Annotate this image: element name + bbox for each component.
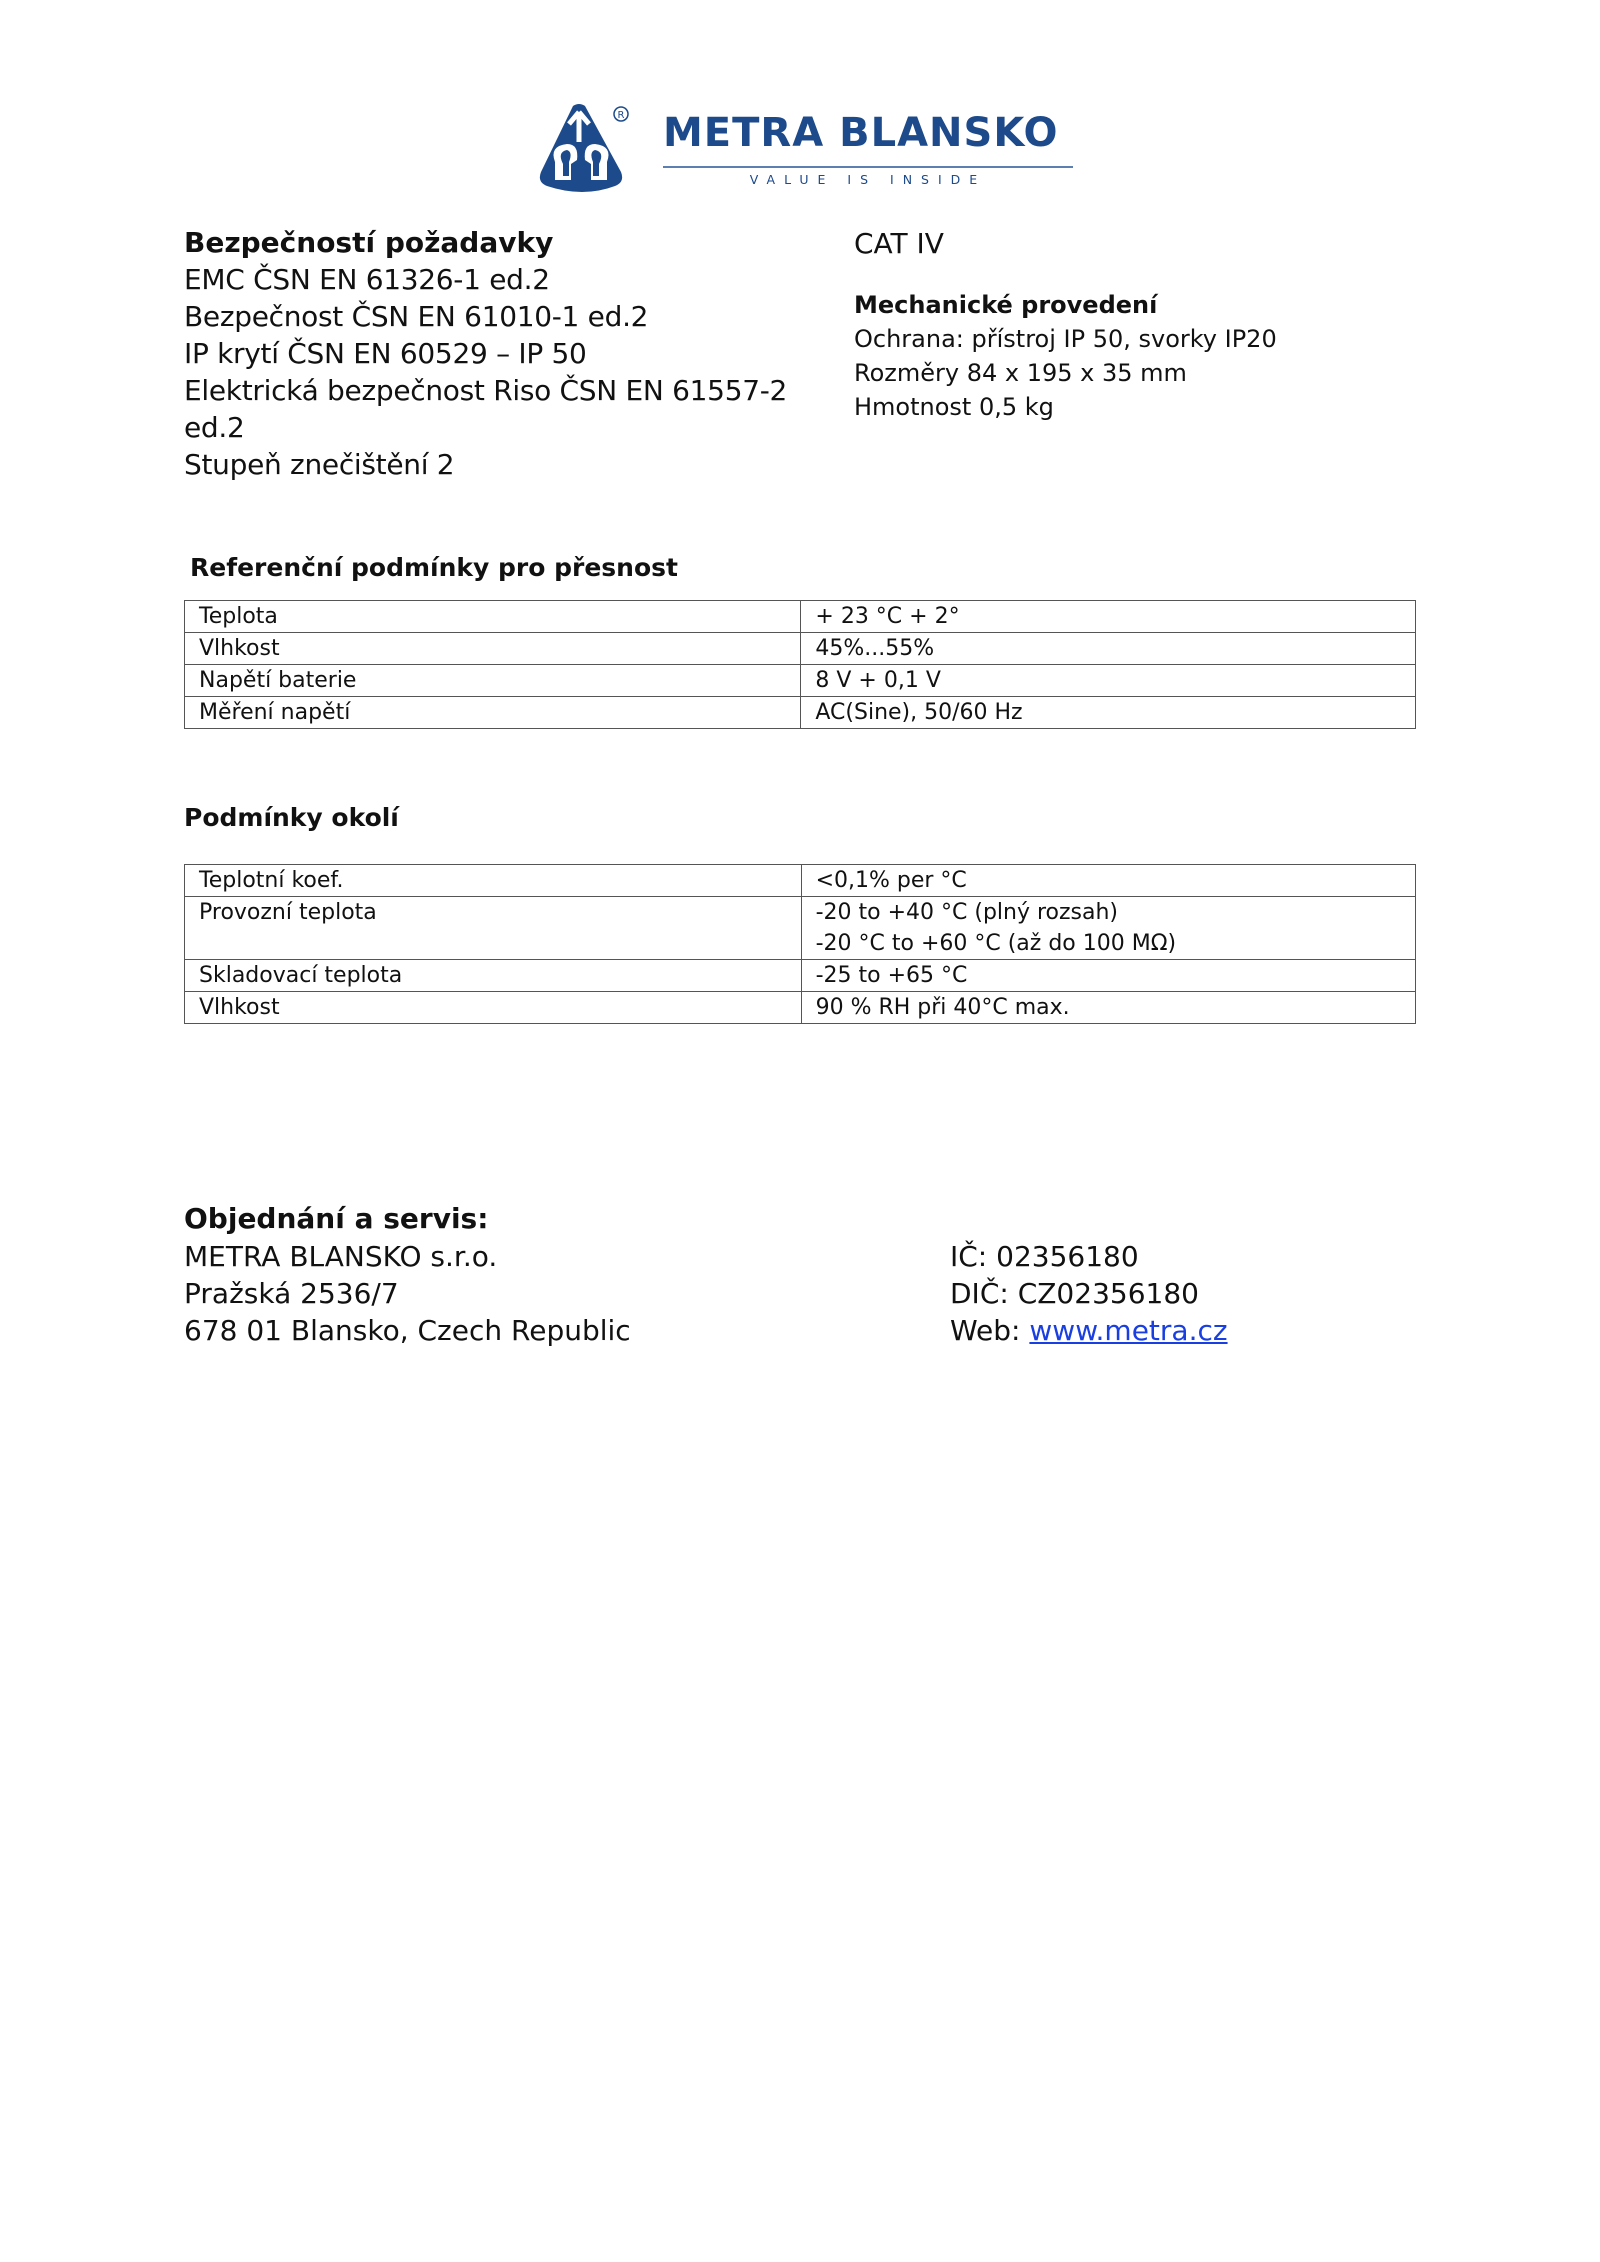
table-row: Teplota + 23 °C + 2° bbox=[185, 601, 1416, 633]
city: 678 01 Blansko, Czech Republic bbox=[184, 1312, 631, 1349]
row-label: Teplota bbox=[185, 601, 801, 633]
safety-requirements: Bezpečností požadavky EMC ČSN EN 61326-1… bbox=[184, 224, 844, 483]
mechanical-line: Rozměry 84 x 195 x 35 mm bbox=[854, 356, 1414, 390]
web-label: Web: bbox=[950, 1314, 1029, 1347]
mechanical-line: Hmotnost 0,5 kg bbox=[854, 390, 1414, 424]
row-label: Skladovací teplota bbox=[185, 960, 802, 992]
row-value: <0,1% per °C bbox=[801, 865, 1415, 897]
website-link[interactable]: www.metra.cz bbox=[1029, 1314, 1227, 1347]
safety-line: Stupeň znečištění 2 bbox=[184, 446, 844, 483]
row-label: Vlhkost bbox=[185, 992, 802, 1024]
metra-emblem-icon: R bbox=[535, 102, 631, 198]
reference-conditions-title: Referenční podmínky pro přesnost bbox=[190, 553, 678, 582]
logo-divider bbox=[663, 166, 1073, 168]
safety-line: Elektrická bezpečnost Riso ČSN EN 61557-… bbox=[184, 372, 834, 446]
row-value: 90 % RH při 40°C max. bbox=[801, 992, 1415, 1024]
safety-line: IP krytí ČSN EN 60529 – IP 50 bbox=[184, 335, 844, 372]
company-address: METRA BLANSKO s.r.o. Pražská 2536/7 678 … bbox=[184, 1238, 631, 1349]
brand-tagline: VALUE IS INSIDE bbox=[663, 172, 1073, 187]
brand-name: METRA BLANSKO bbox=[663, 110, 1059, 156]
row-label: Teplotní koef. bbox=[185, 865, 802, 897]
mechanical-section: CAT IV Mechanické provedení Ochrana: pří… bbox=[854, 224, 1414, 424]
ordering-title: Objednání a servis: bbox=[184, 1200, 488, 1237]
row-label: Vlhkost bbox=[185, 633, 801, 665]
environment-conditions-title: Podmínky okolí bbox=[184, 803, 399, 832]
company-name: METRA BLANSKO s.r.o. bbox=[184, 1238, 631, 1275]
reference-conditions-table: Teplota + 23 °C + 2° Vlhkost 45%...55% N… bbox=[184, 600, 1416, 729]
environment-conditions-table: Teplotní koef. <0,1% per °C Provozní tep… bbox=[184, 864, 1416, 1024]
company-ic: IČ: 02356180 bbox=[950, 1238, 1228, 1275]
row-value: 45%...55% bbox=[801, 633, 1416, 665]
row-value: 8 V + 0,1 V bbox=[801, 665, 1416, 697]
table-row: Vlhkost 90 % RH při 40°C max. bbox=[185, 992, 1416, 1024]
mechanical-line: Ochrana: přístroj IP 50, svorky IP20 bbox=[854, 322, 1414, 356]
safety-line: Bezpečnost ČSN EN 61010-1 ed.2 bbox=[184, 298, 844, 335]
row-value-line: -20 °C to +60 °C (až do 100 MΩ) bbox=[816, 928, 1401, 959]
row-value-line: -20 to +40 °C (plný rozsah) bbox=[816, 897, 1401, 928]
svg-text:R: R bbox=[618, 110, 625, 121]
row-value: AC(Sine), 50/60 Hz bbox=[801, 697, 1416, 729]
company-logo: R METRA BLANSKO VALUE IS INSIDE bbox=[535, 102, 1075, 198]
row-value: + 23 °C + 2° bbox=[801, 601, 1416, 633]
row-value: -25 to +65 °C bbox=[801, 960, 1415, 992]
row-label: Provozní teplota bbox=[185, 897, 802, 960]
table-row: Teplotní koef. <0,1% per °C bbox=[185, 865, 1416, 897]
safety-title: Bezpečností požadavky bbox=[184, 224, 844, 261]
table-row: Skladovací teplota -25 to +65 °C bbox=[185, 960, 1416, 992]
table-row: Měření napětí AC(Sine), 50/60 Hz bbox=[185, 697, 1416, 729]
table-row: Vlhkost 45%...55% bbox=[185, 633, 1416, 665]
web-line: Web: www.metra.cz bbox=[950, 1312, 1228, 1349]
street: Pražská 2536/7 bbox=[184, 1275, 631, 1312]
table-row: Napětí baterie 8 V + 0,1 V bbox=[185, 665, 1416, 697]
row-label: Měření napětí bbox=[185, 697, 801, 729]
measurement-category: CAT IV bbox=[854, 224, 1414, 264]
row-value: -20 to +40 °C (plný rozsah) -20 °C to +6… bbox=[801, 897, 1415, 960]
table-row: Provozní teplota -20 to +40 °C (plný roz… bbox=[185, 897, 1416, 960]
company-ids: IČ: 02356180 DIČ: CZ02356180 Web: www.me… bbox=[950, 1238, 1228, 1349]
mechanical-title: Mechanické provedení bbox=[854, 288, 1414, 322]
safety-line: EMC ČSN EN 61326-1 ed.2 bbox=[184, 261, 844, 298]
row-label: Napětí baterie bbox=[185, 665, 801, 697]
company-dic: DIČ: CZ02356180 bbox=[950, 1275, 1228, 1312]
